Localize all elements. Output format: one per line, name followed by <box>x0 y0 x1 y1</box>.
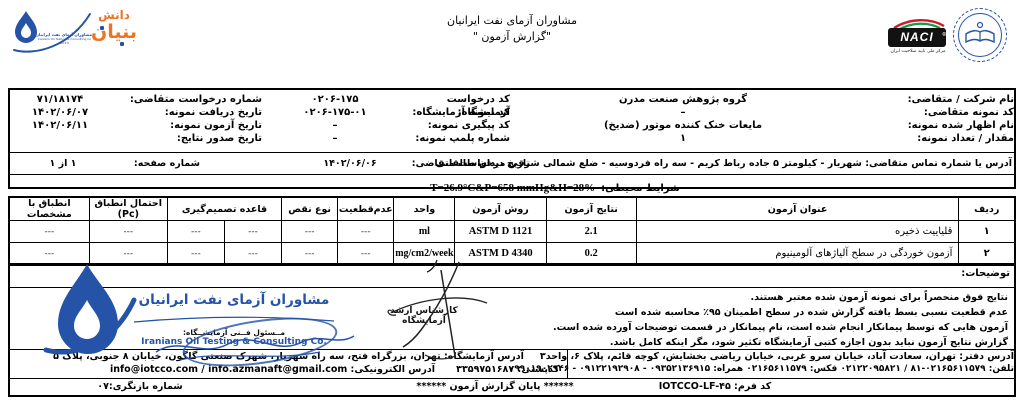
company-logo-small: مشاوران آزمای نفت ایرانیان Iranians Oil … <box>12 6 92 56</box>
info-label: مقدار / تعداد نمونه: <box>856 132 1014 145</box>
info-value: ۱۴۰۲/۰۶/۰۷ <box>10 106 110 119</box>
result-row: ۱ قلیاییت ذخیره 2.1 ASTM D 1121 ml --- -… <box>9 221 1015 243</box>
col-header-row-no: ردیف <box>959 197 1015 221</box>
decision-rule-value: --- <box>167 221 224 243</box>
page-number-label: شماره صفحه: <box>134 158 200 169</box>
info-label: شماره پلمپ نمونه: <box>408 132 510 145</box>
bonyan-word: بنیان <box>90 21 138 43</box>
end-of-report-text: ****** پایان گزارش آزمون ****** <box>395 381 595 392</box>
pen-signature-icon <box>375 256 505 364</box>
info-label: نام اظهار شده نمونه: <box>856 119 1014 132</box>
naci-accreditation-logo: NACI ® مرکز ملی تایید صلاحیت ایران <box>886 16 950 62</box>
col-header-defect-type: نوع نقص <box>282 197 338 221</box>
logo-dot-icon <box>120 42 124 46</box>
col-header-conformity: انطباق با مشخصات <box>9 197 89 221</box>
registered-mark-icon: ® <box>942 26 947 45</box>
col-header-method: روش آزمون <box>455 197 546 221</box>
col-header-uncertainty: عدم‌قطعیت <box>338 197 394 221</box>
info-label: کد درخواست آزمایشگاه: <box>408 93 510 106</box>
stamp-company-name-fa: مشاوران آزمای نفت ایرانیان <box>128 292 340 308</box>
logo-dot-icon <box>100 26 104 30</box>
conformity-value: --- <box>9 221 89 243</box>
oil-drop-swoosh-icon <box>12 6 92 56</box>
info-value: ۰۲۰۶-۱۷۵-۰۱ <box>262 106 408 119</box>
note-line: آزمون هایی که توسط پیمانکار انجام شده اس… <box>553 322 1008 333</box>
sample-info-table: نام شرکت / متقاضی: گروه پژوهش صنعت مدرن … <box>8 88 1016 189</box>
note-line: نتایج فوق منحصراً برای نمونه آزمون شده م… <box>751 292 1008 303</box>
environment-conditions-row: شرایط محیطی: T=26.9°C&P=658 mmHg&H=28% <box>10 175 1014 191</box>
info-value: – <box>262 119 408 132</box>
address-row: آدرس یا شماره تماس متقاضی: شهریار - کیلو… <box>10 153 1014 174</box>
col-header-test-title: عنوان آزمون <box>636 197 959 221</box>
open-book-icon <box>952 8 1008 60</box>
info-value <box>10 132 110 145</box>
naci-caption: مرکز ملی تایید صلاحیت ایران <box>886 49 950 54</box>
info-value: – <box>262 132 408 145</box>
test-unit: ml <box>394 221 455 243</box>
info-value: ۱ <box>510 132 856 145</box>
notes-label: توضیحات: <box>961 268 1010 279</box>
col-header-pc: احتمال انطباق (Pc) <box>89 197 167 221</box>
info-row: نام شرکت / متقاضی: گروه پژوهش صنعت مدرن … <box>10 93 1014 106</box>
form-code: کد فرم: IOTCCO-LF-۴۵ <box>610 381 820 392</box>
info-value: – <box>510 106 856 119</box>
row-number: ۲ <box>959 243 1015 266</box>
uncertainty-value: --- <box>338 221 394 243</box>
decision-rule-value: --- <box>224 221 281 243</box>
info-value: ۱۴۰۲/۰۶/۱۱ <box>10 119 110 132</box>
test-title: قلیاییت ذخیره <box>636 221 959 243</box>
info-label: کد پیگیری نمونه: <box>408 119 510 132</box>
info-label: تاریخ دریافت نمونه: <box>110 106 262 119</box>
knowledge-based-company-logo: دانش بنیان <box>90 8 138 56</box>
pc-value: --- <box>89 221 167 243</box>
info-value: مایعات خنک کننده موتور (ضدیخ) <box>510 119 856 132</box>
defect-type-value: --- <box>282 221 338 243</box>
info-label: نام شرکت / متقاضی: <box>856 93 1014 106</box>
blue-signature-scribble-icon <box>150 328 360 366</box>
decision-rule-value: --- <box>224 243 281 266</box>
defect-type-value: --- <box>282 243 338 266</box>
col-header-result: نتایج آزمون <box>546 197 636 221</box>
company-drop-logo-icon <box>40 262 140 357</box>
divider <box>10 287 1014 288</box>
naci-wordmark: NACI <box>900 30 933 44</box>
environment-label: شرایط محیطی: <box>601 183 680 194</box>
decision-rule-value: --- <box>167 243 224 266</box>
report-title: مشاوران آزمای نفت ایرانیان "گزارش آزمون … <box>392 13 632 45</box>
info-label: تاریخ صدور نتایج: <box>110 132 262 145</box>
footer-office-contact: آدرس دفتر: تهران، سعادت آباد، خیابان سرو… <box>568 351 1014 378</box>
test-result: 0.2 <box>546 243 636 266</box>
results-header-row: ردیف عنوان آزمون نتایج آزمون روش آزمون و… <box>9 197 1015 221</box>
test-method: ASTM D 1121 <box>455 221 546 243</box>
info-label: کد نمونه آزمایشگاه: <box>408 106 510 119</box>
environment-value: T=26.9°C&P=658 mmHg&H=28% <box>430 182 595 194</box>
report-title-line2: "گزارش آزمون " <box>392 29 632 45</box>
request-date-label: تاریخ درخواست متقاضی: <box>412 158 530 169</box>
divider <box>10 378 1014 379</box>
revision-number: شماره بازنگری:۰۷ <box>65 381 215 392</box>
info-label: تاریخ آزمون نمونه: <box>110 119 262 132</box>
office-address: آدرس دفتر: تهران، سعادت آباد، خیابان سرو… <box>568 351 1014 362</box>
note-line: عدم قطعیت نسبی بسط یافته گزارش شده در سط… <box>615 307 1008 318</box>
info-row: کد نمونه متقاضی: – کد نمونه آزمایشگاه: ۰… <box>10 106 1014 119</box>
test-result: 2.1 <box>546 221 636 243</box>
lab-test-report-page: مشاوران آزمای نفت ایرانیان Iranians Oil … <box>0 0 1024 404</box>
request-date-value: ۱۴۰۲/۰۶/۰۶ <box>280 158 420 169</box>
info-row: مقدار / تعداد نمونه: ۱ شماره پلمپ نمونه:… <box>10 132 1014 145</box>
col-header-unit: واحد <box>394 197 455 221</box>
test-title: آزمون خوردگی در سطح آلیاژهای آلومینیوم <box>636 243 959 266</box>
info-row: نام اظهار شده نمونه: مایعات خنک کننده مو… <box>10 119 1014 132</box>
test-results-table: ردیف عنوان آزمون نتایج آزمون روش آزمون و… <box>8 196 1016 266</box>
col-header-decision-rule: قاعده تصمیم‌گیری <box>167 197 281 221</box>
small-logo-abbr: I.O.T.C. <box>36 41 92 45</box>
report-title-line1: مشاوران آزمای نفت ایرانیان <box>392 13 632 29</box>
row-number: ۱ <box>959 221 1015 243</box>
info-value: گروه پژوهش صنعت مدرن <box>510 93 856 106</box>
result-row: ۲ آزمون خوردگی در سطح آلیاژهای آلومینیوم… <box>9 243 1015 266</box>
info-value: ۷۱/۱۸۱۷۴ <box>10 93 110 106</box>
danesh-word: دانش <box>90 8 138 22</box>
info-value: ۰۲۰۶-۱۷۵ <box>262 93 408 106</box>
training-center-logo <box>952 8 1008 60</box>
note-line: گزارش نتایج آزمون نباید بدون اجازه کتبی … <box>610 337 1008 348</box>
phone-numbers: تلفن: ۰۲۱۶۵۶۱۱۵۷۹-۸۱ / ۰۲۱۲۲۰۹۵۸۲۱ فکس: … <box>568 364 1014 374</box>
page-number-value: ۱ از ۱ <box>18 158 108 169</box>
info-label: شماره درخواست متقاضی: <box>110 93 262 106</box>
info-label: کد نمونه متقاضی: <box>856 106 1014 119</box>
